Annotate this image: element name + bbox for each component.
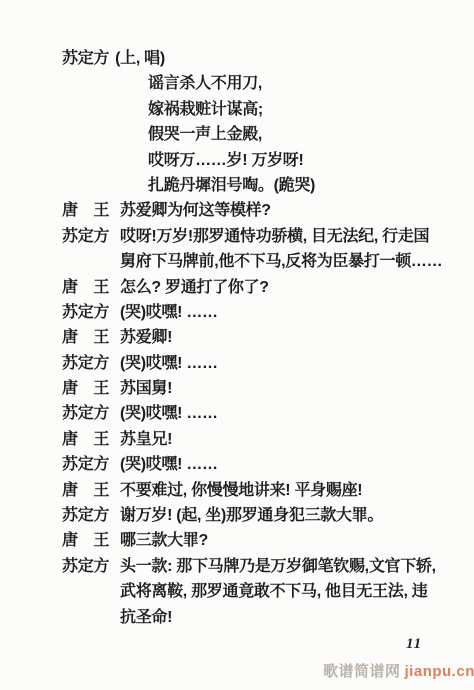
dialogue-text: (哭)哎嘿! …… xyxy=(120,355,218,372)
verse-text: 嫁祸栽赃计谋高; xyxy=(148,101,263,118)
script-page: 苏定方(上, 唱) 谣言杀人不用刀, 嫁祸栽赃计谋高; 假哭一声上金殿, 哎呀万… xyxy=(0,0,474,690)
dialogue-text: 头一款: 那下马牌乃是万岁御笔钦赐,文官下轿, xyxy=(120,558,436,575)
verse-line: 哎呀万……岁! 万岁呀! xyxy=(0,148,474,173)
speaker-name: 唐 王 xyxy=(62,376,120,401)
dialogue-line: 唐 王苏皇兄! xyxy=(0,427,474,452)
speaker-name: 苏定方 xyxy=(62,224,120,249)
speaker-name: 唐 王 xyxy=(62,275,120,300)
dialogue-line: 唐 王哪三款大罪? xyxy=(0,528,474,553)
verse-line: 扎跪丹墀泪号啕。(跪哭) xyxy=(0,173,474,198)
dialogue-text: 不要难过, 你慢慢地讲来! 平身赐座! xyxy=(120,482,362,499)
verse-text: 哎呀万……岁! 万岁呀! xyxy=(148,152,304,169)
verse-line: 嫁祸栽赃计谋高; xyxy=(0,97,474,122)
dialogue-line: 唐 王苏爱卿为何这等模样? xyxy=(0,198,474,223)
dialogue-line: 唐 王不要难过, 你慢慢地讲来! 平身赐座! xyxy=(0,478,474,503)
dialogue-line: 唐 王怎么? 罗通打了你了? xyxy=(0,275,474,300)
dialogue-text: 谢万岁! (起, 坐)那罗通身犯三款大罪。 xyxy=(120,507,383,524)
page-number: 11 xyxy=(406,636,422,653)
speaker-name: 苏定方 xyxy=(62,554,120,579)
speaker-name: 苏定方 xyxy=(62,50,109,67)
watermark: 歌谱简谱网jianpu.cn xyxy=(323,660,474,681)
dialogue-text: 苏国舅! xyxy=(120,380,172,397)
speaker-name: 苏定方 xyxy=(62,503,120,528)
speaker-name: 苏定方 xyxy=(62,452,120,477)
dialogue-line-continuation: 武将离鞍, 那罗通竟敢不下马, 他目无王法, 违 xyxy=(0,579,474,604)
dialogue-text: (哭)哎嘿! …… xyxy=(120,456,218,473)
speaker-name: 唐 王 xyxy=(62,478,120,503)
verse-text: 假哭一声上金殿, xyxy=(148,126,262,143)
watermark-site-url: jianpu.cn xyxy=(405,663,474,680)
dialogue-text: 怎么? 罗通打了你了? xyxy=(120,279,269,296)
stage-direction: (上, 唱) xyxy=(115,50,165,67)
dialogue-line: 苏定方(哭)哎嘿! …… xyxy=(0,401,474,426)
speaker-name: 唐 王 xyxy=(62,198,120,223)
dialogue-line: 苏定方(哭)哎嘿! …… xyxy=(0,452,474,477)
verse-text: 扎跪丹墀泪号啕。(跪哭) xyxy=(148,177,315,194)
speaker-name: 唐 王 xyxy=(62,325,120,350)
watermark-site-name: 歌谱简谱网 xyxy=(323,663,401,680)
dialogue-line: 苏定方(哭)哎嘿! …… xyxy=(0,351,474,376)
dialogue-text: 苏爱卿为何这等模样? xyxy=(120,202,271,219)
dialogue-line: 苏定方哎呀!万岁!那罗通恃功骄横, 目无法纪, 行走国 xyxy=(0,224,474,249)
dialogue-line: 唐 王苏爱卿! xyxy=(0,325,474,350)
speaker-name: 唐 王 xyxy=(62,528,120,553)
speaker-name: 苏定方 xyxy=(62,401,120,426)
verse-line: 假哭一声上金殿, xyxy=(0,122,474,147)
speaker-name: 苏定方 xyxy=(62,351,120,376)
dialogue-line: 苏定方(哭)哎嘿! …… xyxy=(0,300,474,325)
dialogue-text: 抗圣命! xyxy=(120,609,172,626)
dialogue-line: 唐 王苏国舅! xyxy=(0,376,474,401)
dialogue-line: 苏定方头一款: 那下马牌乃是万岁御笔钦赐,文官下轿, xyxy=(0,554,474,579)
dialogue-text: 苏爱卿! xyxy=(120,329,172,346)
verse-line: 谣言杀人不用刀, xyxy=(0,71,474,96)
script-content: 苏定方(上, 唱) 谣言杀人不用刀, 嫁祸栽赃计谋高; 假哭一声上金殿, 哎呀万… xyxy=(0,0,474,630)
stage-header: 苏定方(上, 唱) xyxy=(0,46,474,71)
dialogue-line: 苏定方谢万岁! (起, 坐)那罗通身犯三款大罪。 xyxy=(0,503,474,528)
speaker-name: 苏定方 xyxy=(62,300,120,325)
dialogue-text: (哭)哎嘿! …… xyxy=(120,304,218,321)
dialogue-line-continuation: 抗圣命! xyxy=(0,605,474,630)
speaker-name: 唐 王 xyxy=(62,427,120,452)
dialogue-text: 哪三款大罪? xyxy=(120,532,208,549)
dialogue-text: 苏皇兄! xyxy=(120,431,172,448)
dialogue-text: 舅府下马牌前,他不下马,反将为臣暴打一顿…… xyxy=(120,253,442,270)
dialogue-line-continuation: 舅府下马牌前,他不下马,反将为臣暴打一顿…… xyxy=(0,249,474,274)
verse-text: 谣言杀人不用刀, xyxy=(148,75,262,92)
dialogue-text: (哭)哎嘿! …… xyxy=(120,405,218,422)
dialogue-text: 武将离鞍, 那罗通竟敢不下马, 他目无王法, 违 xyxy=(120,583,427,600)
dialogue-text: 哎呀!万岁!那罗通恃功骄横, 目无法纪, 行走国 xyxy=(120,228,429,245)
